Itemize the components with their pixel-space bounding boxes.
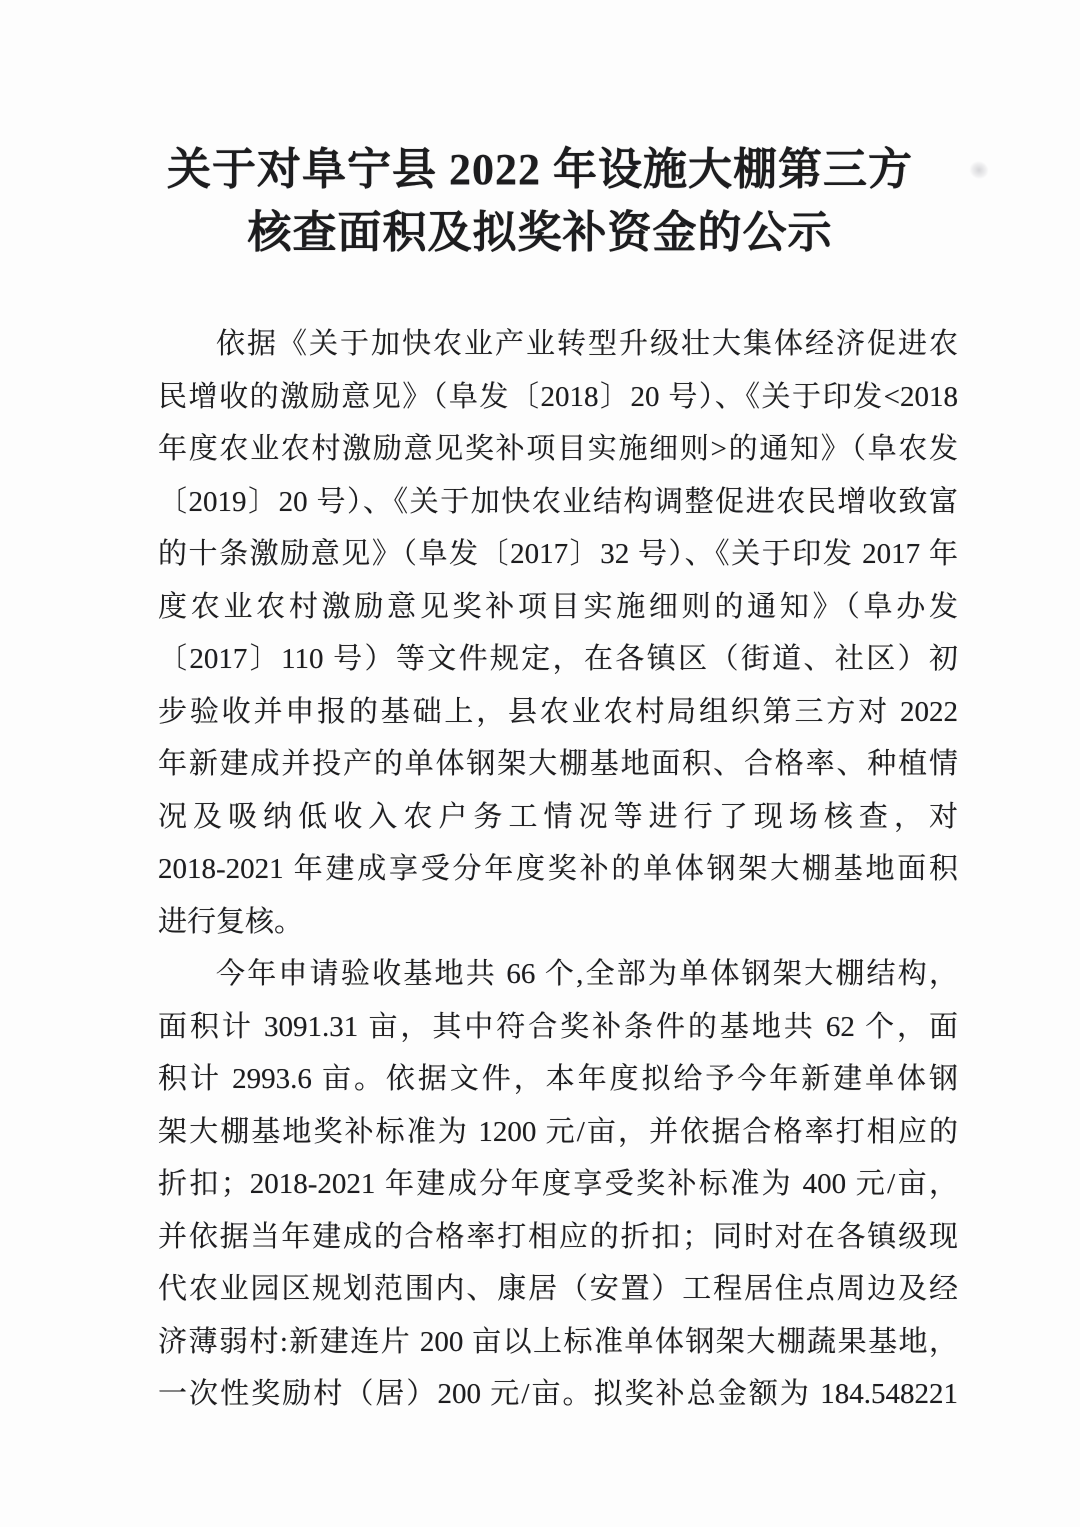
document-title: 关于对阜宁县 2022 年设施大棚第三方 核查面积及拟奖补资金的公示	[0, 138, 1080, 264]
text-line: 步验收并申报的基础上，县农业农村局组织第三方对 2022	[158, 686, 958, 739]
text-line: 年新建成并投产的单体钢架大棚基地面积、合格率、种植情	[158, 738, 958, 791]
text-line: 民增收的激励意见》（阜发〔2018〕20 号）、《关于印发<2018	[158, 371, 958, 424]
document-title-line-2: 核查面积及拟奖补资金的公示	[0, 201, 1080, 264]
text-line: 面积计 3091.31 亩，其中符合奖补条件的基地共 62 个，面	[158, 1001, 958, 1054]
text-line: 今年申请验收基地共 66 个,全部为单体钢架大棚结构，	[158, 948, 958, 1001]
text-line: 度农业农村激励意见奖补项目实施细则的通知》（阜办发	[158, 581, 958, 634]
text-line: 积计 2993.6 亩。依据文件，本年度拟给予今年新建单体钢	[158, 1053, 958, 1106]
text-line: 一次性奖励村（居）200 元/亩。拟奖补总金额为 184.548221	[158, 1368, 958, 1421]
text-line: 依据《关于加快农业产业转型升级壮大集体经济促进农	[158, 318, 958, 371]
text-line: 进行复核。	[158, 896, 958, 949]
text-line: 架大棚基地奖补标准为 1200 元/亩，并依据合格率打相应的	[158, 1106, 958, 1159]
document-title-line-1: 关于对阜宁县 2022 年设施大棚第三方	[0, 138, 1080, 201]
text-line: 〔2019〕20 号）、《关于加快农业结构调整促进农民增收致富	[158, 476, 958, 529]
text-line: 的十条激励意见》（阜发〔2017〕32 号）、《关于印发 2017 年	[158, 528, 958, 581]
document-page: 关于对阜宁县 2022 年设施大棚第三方 核查面积及拟奖补资金的公示 依据《关于…	[0, 0, 1080, 1527]
text-line: 2018-2021 年建成享受分年度奖补的单体钢架大棚基地面积	[158, 843, 958, 896]
text-line: 并依据当年建成的合格率打相应的折扣；同时对在各镇级现	[158, 1211, 958, 1264]
text-line: 年度农业农村激励意见奖补项目实施细则>的通知》（阜农发	[158, 423, 958, 476]
text-line: 济薄弱村:新建连片 200 亩以上标准单体钢架大棚蔬果基地，	[158, 1316, 958, 1369]
text-line: 折扣；2018-2021 年建成分年度享受奖补标准为 400 元/亩，	[158, 1158, 958, 1211]
document-body: 依据《关于加快农业产业转型升级壮大集体经济促进农民增收的激励意见》（阜发〔201…	[158, 318, 958, 1421]
text-line: 况及吸纳低收入农户务工情况等进行了现场核查，对	[158, 791, 958, 844]
text-line: 〔2017〕110 号）等文件规定，在各镇区（街道、社区）初	[158, 633, 958, 686]
text-line: 代农业园区规划范围内、康居（安置）工程居住点周边及经	[158, 1263, 958, 1316]
